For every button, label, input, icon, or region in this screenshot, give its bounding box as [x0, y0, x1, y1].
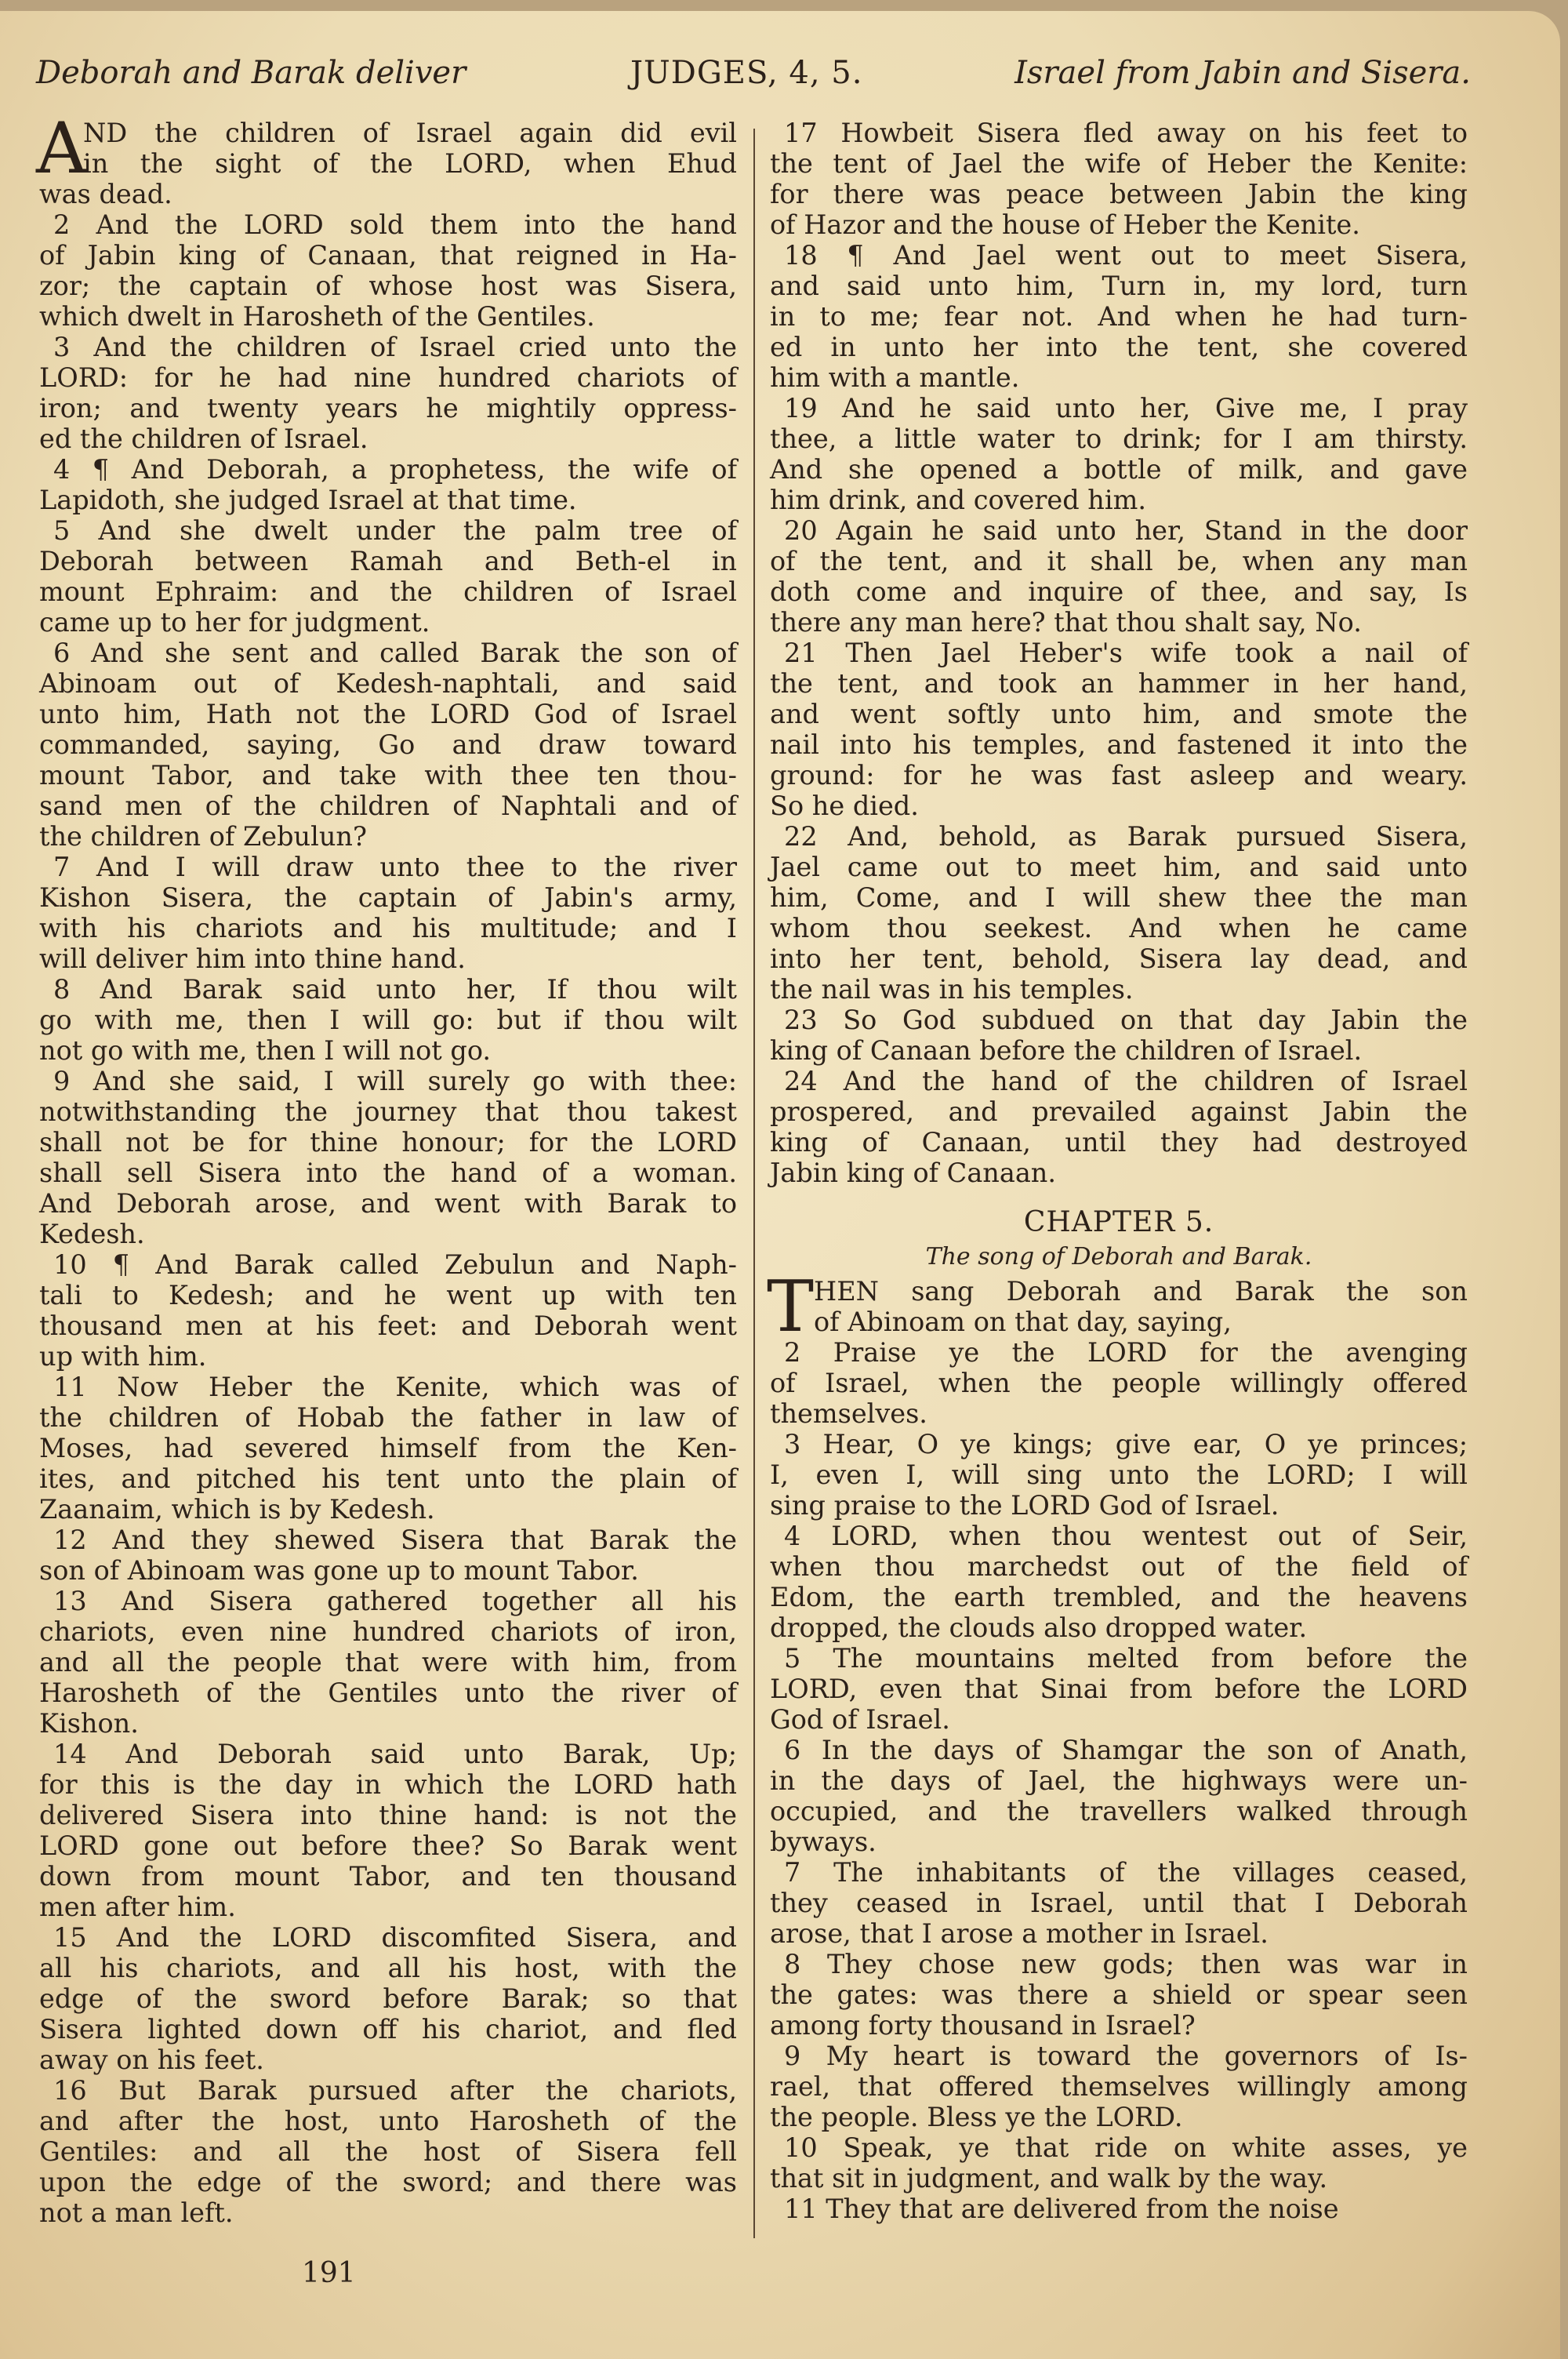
text-line: And she opened a bottle of milk, and gav… [770, 454, 1468, 485]
text-line: sand men of the children of Naphtali and… [39, 791, 737, 821]
text-line: sing praise to the LORD God of Israel. [770, 1490, 1468, 1521]
text-line: LORD: for he had nine hundred chariots o… [39, 362, 737, 393]
text-line: that sit in judgment, and walk by the wa… [770, 2163, 1468, 2194]
verse-start-line: 5 The mountains melted from before the [770, 1643, 1468, 1674]
verse-start-line: 11 They that are delivered from the nois… [770, 2194, 1468, 2224]
text-line: Deborah between Ramah and Beth-el in [39, 546, 737, 576]
text-line: up with him. [39, 1341, 737, 1372]
verse-start-line: 20 Again he said unto her, Stand in the … [770, 515, 1468, 546]
left-column: AND the children of Israel again did evi… [39, 118, 737, 2228]
verse-start-line: 4 LORD, when thou wentest out of Seir, [770, 1521, 1468, 1551]
text-line: edge of the sword before Barak; so that [39, 1983, 737, 2014]
text-line: they ceased in Israel, until that I Debo… [770, 1888, 1468, 1918]
text-line: which dwelt in Harosheth of the Gentiles… [39, 301, 737, 332]
text-line: him, Come, and I will shew thee the man [770, 882, 1468, 913]
text-line: the people. Bless ye the LORD. [770, 2102, 1468, 2132]
text-line: was dead. [39, 179, 737, 209]
verse-start-line: 14 And Deborah said unto Barak, Up; [39, 1739, 737, 1769]
text-line: God of Israel. [770, 1704, 1468, 1735]
verse-start-line: 8 And Barak said unto her, If thou wilt [39, 974, 737, 1005]
text-line: I, even I, will sing unto the LORD; I wi… [770, 1459, 1468, 1490]
text-line: and all the people that were with him, f… [39, 1647, 737, 1677]
text-line: of Israel, when the people willingly off… [770, 1368, 1468, 1398]
text-line: Edom, the earth trembled, and the heaven… [770, 1582, 1468, 1612]
text-line: Kishon Sisera, the captain of Jabin's ar… [39, 882, 737, 913]
verse-start-line: 22 And, behold, as Barak pursued Sisera, [770, 821, 1468, 852]
text-line: Kishon. [39, 1708, 737, 1739]
text-line: for there was peace between Jabin the ki… [770, 179, 1468, 209]
verse-start-line: 12 And they shewed Sisera that Barak the [39, 1525, 737, 1555]
text-line: Harosheth of the Gentiles unto the river… [39, 1677, 737, 1708]
text-line: dropped, the clouds also dropped water. [770, 1612, 1468, 1643]
column-divider [753, 129, 755, 2238]
header-book-chapter: JUDGES, 4, 5. [630, 55, 862, 91]
text-line: unto him, Hath not the LORD God of Israe… [39, 699, 737, 729]
verse-start-line: 2 And the LORD sold them into the hand [39, 209, 737, 240]
drop-cap: A [36, 118, 87, 180]
text-line: Gentiles: and all the host of Sisera fel… [39, 2136, 737, 2167]
verse-start-line: 7 The inhabitants of the villages ceased… [770, 1857, 1468, 1888]
text-line: of Jabin king of Canaan, that reigned in… [39, 240, 737, 271]
text-line: for this is the day in which the LORD ha… [39, 1769, 737, 1800]
page-number: 191 [302, 2257, 356, 2289]
text-line: Kedesh. [39, 1219, 737, 1249]
text-line: ND the children of Israel again did evil [39, 118, 737, 148]
text-line: of Abinoam on that day, saying, [770, 1307, 1468, 1337]
verse-start-line: 2 Praise ye the LORD for the avenging [770, 1337, 1468, 1368]
header-right-title: Israel from Jabin and Sisera. [1014, 55, 1471, 91]
text-line: Zaanaim, which is by Kedesh. [39, 1494, 737, 1525]
text-line: the children of Zebulun? [39, 821, 737, 852]
text-line: Jael came out to meet him, and said unto [770, 852, 1468, 882]
text-line: arose, that I arose a mother in Israel. [770, 1918, 1468, 1949]
verse-start-line: 6 And she sent and called Barak the son … [39, 638, 737, 668]
verse-start-line: 10 ¶ And Barak called Zebulun and Naph- [39, 1249, 737, 1280]
text-line: among forty thousand in Israel? [770, 2010, 1468, 2041]
verse-start-line: 18 ¶ And Jael went out to meet Sisera, [770, 240, 1468, 271]
bible-page: Deborah and Barak deliver JUDGES, 4, 5. … [0, 11, 1560, 2359]
verse-start-line: 5 And she dwelt under the palm tree of [39, 515, 737, 546]
text-line: HEN sang Deborah and Barak the son [770, 1276, 1468, 1307]
text-line: themselves. [770, 1398, 1468, 1429]
text-line: in to me; fear not. And when he had turn… [770, 301, 1468, 332]
chapter-5-body: THEN sang Deborah and Barak the sonof Ab… [770, 1276, 1468, 2224]
text-line: the children of Hobab the father in law … [39, 1402, 737, 1433]
text-line: upon the edge of the sword; and there wa… [39, 2167, 737, 2197]
text-line: LORD gone out before thee? So Barak went [39, 1830, 737, 1861]
text-line: prospered, and prevailed against Jabin t… [770, 1096, 1468, 1127]
verse-start-line: 15 And the LORD discomfited Sisera, and [39, 1922, 737, 1953]
text-line: when thou marchedst out of the field of [770, 1551, 1468, 1582]
running-header: Deborah and Barak deliver JUDGES, 4, 5. … [36, 55, 1471, 102]
text-line: delivered Sisera into thine hand: is not… [39, 1800, 737, 1830]
right-column: 17 Howbeit Sisera fled away on his feet … [770, 118, 1468, 2224]
verse-start-line: 9 And she said, I will surely go with th… [39, 1066, 737, 1096]
text-line: occupied, and the travellers walked thro… [770, 1796, 1468, 1826]
text-line: the nail was in his temples. [770, 974, 1468, 1005]
text-line: and said unto him, Turn in, my lord, tur… [770, 271, 1468, 301]
text-line: doth come and inquire of thee, and say, … [770, 576, 1468, 607]
text-line: iron; and twenty years he mightily oppre… [39, 393, 737, 423]
text-line: ground: for he was fast asleep and weary… [770, 760, 1468, 791]
text-line: shall sell Sisera into the hand of a wom… [39, 1158, 737, 1188]
verse-start-line: 24 And the hand of the children of Israe… [770, 1066, 1468, 1096]
text-line: and went softly unto him, and smote the [770, 699, 1468, 729]
text-line: LORD, even that Sinai from before the LO… [770, 1674, 1468, 1704]
text-line: thousand men at his feet: and Deborah we… [39, 1310, 737, 1341]
text-line: of Hazor and the house of Heber the Keni… [770, 209, 1468, 240]
text-line: shall not be for thine honour; for the L… [39, 1127, 737, 1158]
text-line: Moses, had severed himself from the Ken- [39, 1433, 737, 1463]
text-line: will deliver him into thine hand. [39, 943, 737, 974]
text-line: the tent, and took an hammer in her hand… [770, 668, 1468, 699]
chapter-heading: CHAPTER 5. [770, 1207, 1468, 1241]
text-line: son of Abinoam was gone up to mount Tabo… [39, 1555, 737, 1586]
text-line: with his chariots and his multitude; and… [39, 913, 737, 943]
verse-start-line: 8 They chose new gods; then was war in [770, 1949, 1468, 1979]
verse-start-line: 10 Speak, ye that ride on white asses, y… [770, 2132, 1468, 2163]
text-line: all his chariots, and all his host, with… [39, 1953, 737, 1983]
verse-start-line: 9 My heart is toward the governors of Is… [770, 2041, 1468, 2071]
text-line: king of Canaan, until they had destroyed [770, 1127, 1468, 1158]
text-line: ites, and pitched his tent unto the plai… [39, 1463, 737, 1494]
verse-start-line: 21 Then Jael Heber's wife took a nail of [770, 638, 1468, 668]
text-line: And Deborah arose, and went with Barak t… [39, 1188, 737, 1219]
verse-start-line: 7 And I will draw unto thee to the river [39, 852, 737, 882]
verse-start-line: 23 So God subdued on that day Jabin the [770, 1005, 1468, 1035]
verse-start-line: 17 Howbeit Sisera fled away on his feet … [770, 118, 1468, 148]
text-line: ed in unto her into the tent, she covere… [770, 332, 1468, 362]
text-line: and after the host, unto Harosheth of th… [39, 2106, 737, 2136]
text-line: go with me, then I will go: but if thou … [39, 1005, 737, 1035]
text-line: him with a mantle. [770, 362, 1468, 393]
text-line: into her tent, behold, Sisera lay dead, … [770, 943, 1468, 974]
verse-start-line: 3 Hear, O ye kings; give ear, O ye princ… [770, 1429, 1468, 1459]
text-line: Sisera lighted down off his chariot, and… [39, 2014, 737, 2045]
verse-start-line: 16 But Barak pursued after the chariots, [39, 2075, 737, 2106]
text-line: rael, that offered themselves willingly … [770, 2071, 1468, 2102]
text-line: mount Tabor, and take with thee ten thou… [39, 760, 737, 791]
text-line: king of Canaan before the children of Is… [770, 1035, 1468, 1066]
text-line: So he died. [770, 791, 1468, 821]
text-line: came up to her for judgment. [39, 607, 737, 638]
text-line: not go with me, then I will not go. [39, 1035, 737, 1066]
text-line: men after him. [39, 1892, 737, 1922]
text-line: him drink, and covered him. [770, 485, 1468, 515]
verse-start-line: 13 And Sisera gathered together all his [39, 1586, 737, 1616]
text-line: away on his feet. [39, 2045, 737, 2075]
verse-start-line: 19 And he said unto her, Give me, I pray [770, 393, 1468, 423]
verse-start-line: 4 ¶ And Deborah, a prophetess, the wife … [39, 454, 737, 485]
text-line: zor; the captain of whose host was Siser… [39, 271, 737, 301]
text-line: of the tent, and it shall be, when any m… [770, 546, 1468, 576]
text-line: ed the children of Israel. [39, 423, 737, 454]
text-line: in the sight of the LORD, when Ehud [39, 148, 737, 179]
text-line: the gates: was there a shield or spear s… [770, 1979, 1468, 2010]
drop-cap: T [767, 1276, 814, 1339]
text-line: in the days of Jael, the highways were u… [770, 1765, 1468, 1796]
verse-start-line: 6 In the days of Shamgar the son of Anat… [770, 1735, 1468, 1765]
text-line: not a man left. [39, 2197, 737, 2228]
text-line: notwithstanding the journey that thou ta… [39, 1096, 737, 1127]
text-line: the tent of Jael the wife of Heber the K… [770, 148, 1468, 179]
text-line: thee, a little water to drink; for I am … [770, 423, 1468, 454]
text-line: tali to Kedesh; and he went up with ten [39, 1280, 737, 1310]
text-line: down from mount Tabor, and ten thousand [39, 1861, 737, 1892]
verse-start-line: 11 Now Heber the Kenite, which was of [39, 1372, 737, 1402]
text-line: Lapidoth, she judged Israel at that time… [39, 485, 737, 515]
text-line: mount Ephraim: and the children of Israe… [39, 576, 737, 607]
chapter-summary: The song of Deborah and Barak. [770, 1241, 1468, 1276]
text-line: commanded, saying, Go and draw toward [39, 729, 737, 760]
text-line: Jabin king of Canaan. [770, 1158, 1468, 1188]
text-line: byways. [770, 1826, 1468, 1857]
text-line: whom thou seekest. And when he came [770, 913, 1468, 943]
verse-start-line: 3 And the children of Israel cried unto … [39, 332, 737, 362]
text-line: there any man here? that thou shalt say,… [770, 607, 1468, 638]
text-line: nail into his temples, and fastened it i… [770, 729, 1468, 760]
text-line: Abinoam out of Kedesh-naphtali, and said [39, 668, 737, 699]
text-line: chariots, even nine hundred chariots of … [39, 1616, 737, 1647]
header-left-title: Deborah and Barak deliver [36, 55, 466, 91]
